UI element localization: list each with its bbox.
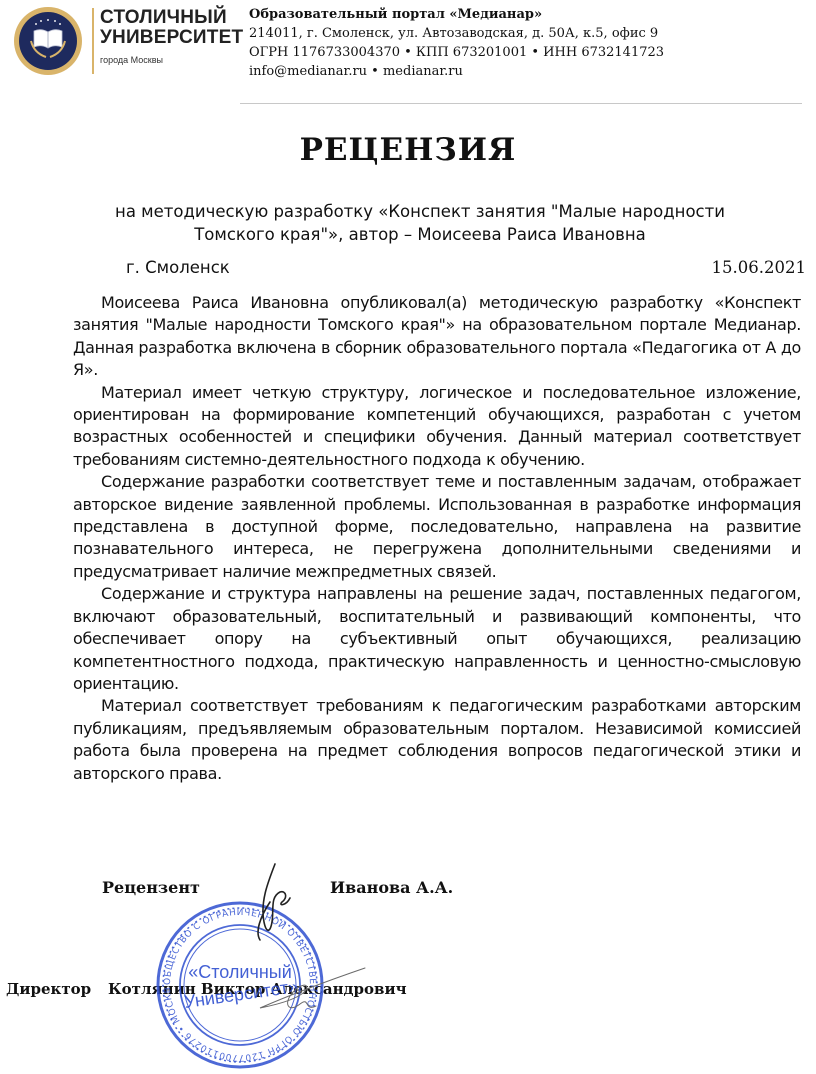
reviewer-signature-icon — [230, 862, 310, 942]
paragraph: Содержание и структура направлены на реш… — [73, 583, 801, 695]
place-date-row: г. Смоленск 15.06.2021 — [126, 258, 806, 277]
reviewer-name: Иванова А.А. — [330, 878, 453, 897]
document-date: 15.06.2021 — [712, 258, 806, 277]
subtitle-line-1: на методическую разработку «Конспект зан… — [70, 200, 770, 223]
director-label: Директор — [6, 980, 91, 998]
header-divider — [240, 103, 802, 104]
university-emblem-icon — [14, 7, 82, 75]
paragraph: Материал соответствует требованиям к пед… — [73, 695, 801, 785]
logo-line-1: СТОЛИЧНЫЙ — [100, 8, 243, 28]
city: г. Смоленск — [126, 258, 230, 277]
portal-registry: ОГРН 1176733004370 • КПП 673201001 • ИНН… — [249, 43, 664, 62]
paragraph: Материал имеет четкую структуру, логичес… — [73, 382, 801, 472]
university-logo-text: СТОЛИЧНЫЙ УНИВЕРСИТЕТ города Москвы — [100, 8, 243, 65]
subtitle-line-2: Томского края"», автор – Моисеева Раиса … — [70, 223, 770, 246]
document-title: РЕЦЕНЗИЯ — [0, 132, 816, 168]
portal-name: Образовательный портал «Медианар» — [249, 5, 664, 24]
logo-divider — [92, 8, 94, 74]
logo-line-3: города Москвы — [100, 55, 243, 65]
document-subtitle: на методическую разработку «Конспект зан… — [70, 200, 770, 246]
director-signature-icon — [220, 960, 370, 1020]
reviewer-label: Рецензент — [102, 878, 200, 897]
portal-address: 214011, г. Смоленск, ул. Автозаводская, … — [249, 24, 664, 43]
review-body: Моисеева Раиса Ивановна опубликовал(а) м… — [73, 292, 801, 785]
letterhead: СТОЛИЧНЫЙ УНИВЕРСИТЕТ города Москвы Обра… — [0, 0, 816, 100]
paragraph: Моисеева Раиса Ивановна опубликовал(а) м… — [73, 292, 801, 382]
portal-info: Образовательный портал «Медианар» 214011… — [249, 5, 664, 81]
logo-line-2: УНИВЕРСИТЕТ — [100, 28, 243, 48]
paragraph: Содержание разработки соответствует теме… — [73, 471, 801, 583]
portal-contacts: info@medianar.ru • medianar.ru — [249, 62, 664, 81]
